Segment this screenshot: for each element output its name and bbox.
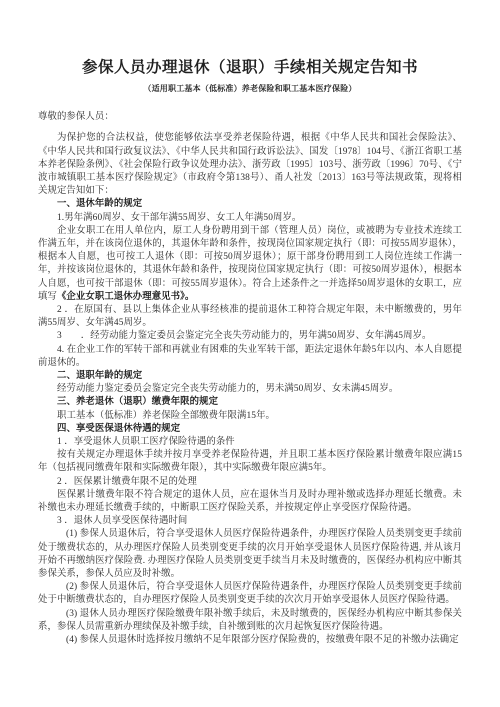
text-run: 医保累计缴费年限不符合规定的退休人员，应在退休当月及时办理补缴或选择办理延长缴费… bbox=[38, 490, 462, 513]
text-run: (4) 参保人员退休时选择按月缴纳不足年限部分医疗保险费的，按缴费年限不足的补缴… bbox=[66, 635, 459, 645]
bold-text-run: 《企业女职工退休办理意见书》。 bbox=[57, 292, 194, 302]
bold-text-run: 二、退职年龄的规定 bbox=[57, 371, 142, 381]
paragraph: 按有关规定办理退休手续并按月享受养老保险待遇，并且职工基本医疗保险累计缴费年限应… bbox=[38, 449, 462, 475]
document-body: 尊敬的参保人员：为保护您的合法权益，使您能够依法享受养老保险待遇，根据《中华人民… bbox=[38, 111, 462, 647]
text-run: 职工基本（低标准）养老保险全部缴费年限满15年。 bbox=[57, 411, 275, 421]
bold-text-run: 一、退休年龄的规定 bbox=[57, 199, 142, 209]
section-heading: 四、享受医保退休待遇的规定 bbox=[38, 423, 462, 436]
paragraph: (2) 参保人员退休后，符合享受退休人员医疗保险待遇条件，办理医疗保险人员类别变… bbox=[38, 581, 462, 607]
text-run: (1) 参保人员退休后，符合享受退休人员医疗保险待遇条件，办理医疗保险人员类别变… bbox=[38, 529, 462, 579]
text-run: 1.男年满60周岁、女干部年满55周岁、女工人年满50周岁。 bbox=[57, 213, 301, 223]
paragraph: 1 ．享受退休人员职工医疗保险待遇的条件 bbox=[38, 436, 462, 449]
paragraph: 职工基本（低标准）养老保险全部缴费年限满15年。 bbox=[38, 410, 462, 423]
paragraph: 2 ．在原国有、县以上集体企业从事经核准的提前退休工种符合规定年限，未中断缴费的… bbox=[38, 304, 462, 330]
text-run: 4. 在企业工作的军转干部和再就业有困难的失业军转干部，距法定退休年龄5年以内、… bbox=[38, 345, 462, 368]
document-subtitle: （适用职工基本（低标准）养老保险和职工基本医疗保险） bbox=[38, 83, 462, 94]
section-heading: 一、退休年龄的规定 bbox=[38, 198, 462, 211]
text-run: 企业女职工在用人单位内，原工人身份聘用到干部（管理人员）岗位，或被聘为专业技术连… bbox=[38, 226, 462, 302]
paragraph: (1) 参保人员退休后，符合享受退休人员医疗保险待遇条件，办理医疗保险人员类别变… bbox=[38, 528, 462, 581]
document-title: 参保人员办理退休（退职）手续相关规定告知书 bbox=[38, 58, 462, 78]
text-run: 3 ．退休人员享受医保待遇时间 bbox=[57, 516, 187, 526]
paragraph: 3 ．经劳动能力鉴定委员会鉴定完全丧失劳动能力的，男年满50周岁、女年满45周岁… bbox=[38, 330, 462, 343]
paragraph: 经劳动能力鉴定委员会鉴定完全丧失劳动能力的，男未满50周岁、女未满45周岁。 bbox=[38, 383, 462, 396]
text-run: 尊敬的参保人员： bbox=[38, 112, 114, 122]
paragraph: (4) 参保人员退休时选择按月缴纳不足年限部分医疗保险费的，按缴费年限不足的补缴… bbox=[38, 634, 462, 647]
paragraph: (3) 退休人员办理医疗保险缴费年限补缴手续后，未及时缴费的，医保经办机构应中断… bbox=[38, 608, 462, 634]
paragraph: 3 ．退休人员享受医保待遇时间 bbox=[38, 515, 462, 528]
paragraph: 医保累计缴费年限不符合规定的退休人员，应在退休当月及时办理补缴或选择办理延长缴费… bbox=[38, 489, 462, 515]
text-run: 2 ．在原国有、县以上集体企业从事经核准的提前退休工种符合规定年限，未中断缴费的… bbox=[38, 305, 462, 328]
text-run: 3 ．经劳动能力鉴定委员会鉴定完全丧失劳动能力的，男年满50周岁、女年满45周岁… bbox=[57, 331, 432, 341]
paragraph: 企业女职工在用人单位内，原工人身份聘用到干部（管理人员）岗位，或被聘为专业技术连… bbox=[38, 225, 462, 304]
paragraph: 2 ．医保累计缴费年限不足的处理 bbox=[38, 476, 462, 489]
text-run: 1 ．享受退休人员职工医疗保险待遇的条件 bbox=[57, 437, 235, 447]
section-heading: 三、养老退休（退职）缴费年限的规定 bbox=[38, 396, 462, 409]
text-run: 经劳动能力鉴定委员会鉴定完全丧失劳动能力的，男未满50周岁、女未满45周岁。 bbox=[57, 384, 398, 394]
text-run: 按有关规定办理退休手续并按月享受养老保险待遇，并且职工基本医疗保险累计缴费年限应… bbox=[38, 450, 462, 473]
paragraph: 为保护您的合法权益，使您能够依法享受养老保险待遇，根据《中华人民共和国社会保险法… bbox=[38, 132, 462, 198]
bold-text-run: 四、享受医保退休待遇的规定 bbox=[57, 424, 180, 434]
text-run: (2) 参保人员退休后，符合享受退休人员医疗保险待遇条件，办理医疗保险人员类别变… bbox=[38, 582, 462, 605]
paragraph: 1.男年满60周岁、女干部年满55周岁、女工人年满50周岁。 bbox=[38, 212, 462, 225]
document-page: 参保人员办理退休（退职）手续相关规定告知书 （适用职工基本（低标准）养老保险和职… bbox=[0, 0, 500, 707]
section-heading: 二、退职年龄的规定 bbox=[38, 370, 462, 383]
text-run: 为保护您的合法权益，使您能够依法享受养老保险待遇，根据《中华人民共和国社会保险法… bbox=[38, 133, 462, 196]
bold-text-run: 三、养老退休（退职）缴费年限的规定 bbox=[57, 397, 218, 407]
text-run: (3) 退休人员办理医疗保险缴费年限补缴手续后，未及时缴费的，医保经办机构应中断… bbox=[38, 609, 462, 632]
paragraph: 4. 在企业工作的军转干部和再就业有困难的失业军转干部，距法定退休年龄5年以内、… bbox=[38, 344, 462, 370]
text-run: 2 ．医保累计缴费年限不足的处理 bbox=[57, 477, 197, 487]
paragraph: 尊敬的参保人员： bbox=[38, 111, 462, 124]
